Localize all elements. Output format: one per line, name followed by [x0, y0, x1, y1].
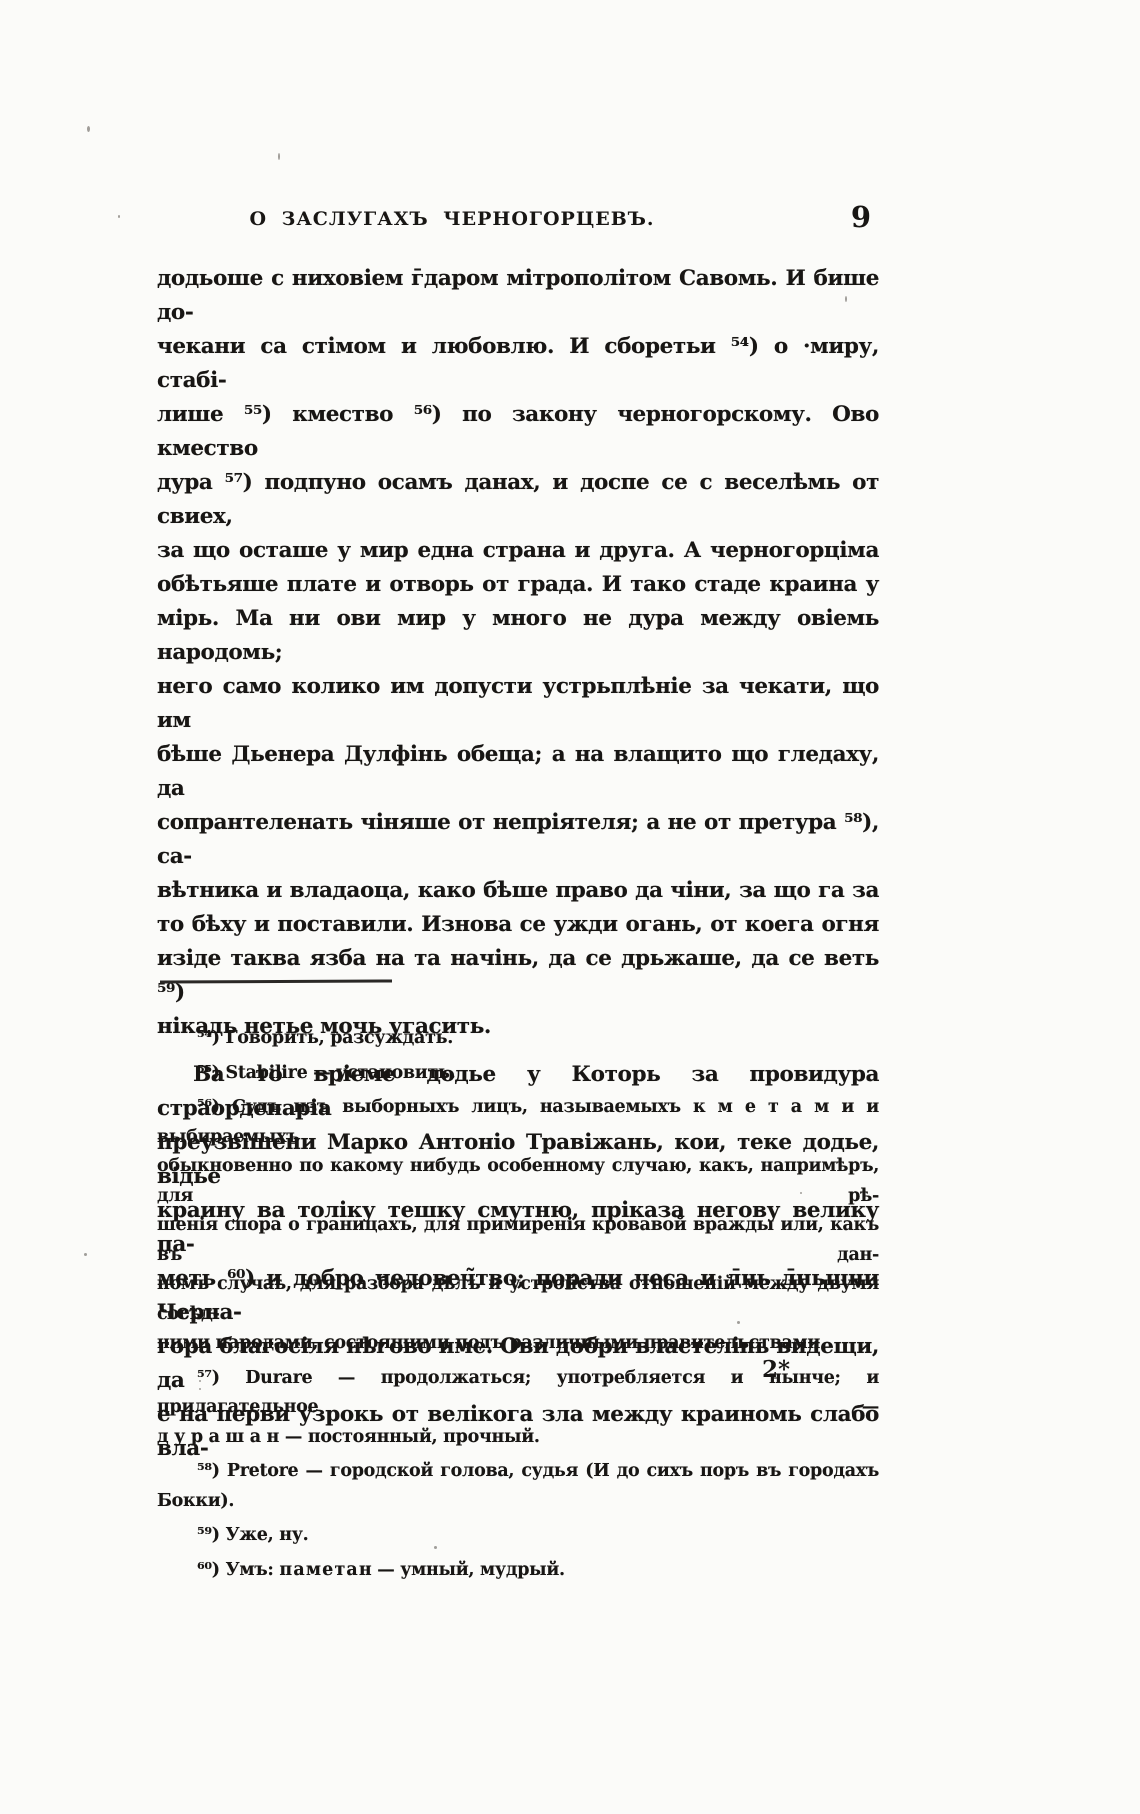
footnotes-list: ⁵⁴) Говорить, разсуждать.⁵⁵) Stabilire —…: [157, 1024, 879, 1585]
text-line: ними народами, состоящими подъ различным…: [157, 1329, 879, 1359]
text-line: додьоше с ниховіем г̄даром мітрополітом …: [157, 262, 879, 330]
text-line: ⁵⁴) Говорить, разсуждать.: [157, 1024, 879, 1054]
scan-speck: [87, 126, 90, 132]
footnote-item: ⁵⁶) Судъ изъ выборныхъ лицъ, называемыхъ…: [157, 1093, 879, 1359]
running-title: О ЗАСЛУГАХЪ ЧЕРНОГОРЦЕВЪ.: [249, 208, 654, 230]
text-line: вѣтника и владаоца, како бѣше право да ч…: [157, 874, 879, 908]
scan-speck: [278, 153, 280, 160]
text-line: то бѣху и поставили. Изнова се ужди оган…: [157, 908, 879, 942]
text-line: обѣтьяше плате и отворь от града. И тако…: [157, 568, 879, 602]
scan-speck: [845, 296, 847, 302]
text-line: за що осташе у мир една страна и друга. …: [157, 534, 879, 568]
footnote-item: ⁵⁴) Говорить, разсуждать.: [157, 1024, 879, 1054]
scan-speck: [84, 1253, 87, 1256]
scan-speck: [800, 1192, 802, 1194]
text-line: номъ случаѣ, для разбора дѣлъ и устройст…: [157, 1270, 879, 1329]
page-number: 9: [851, 200, 871, 234]
text-line: мірь. Ма ни ови мир у много не дура межд…: [157, 602, 879, 670]
running-head: О ЗАСЛУГАХЪ ЧЕРНОГОРЦЕВЪ. 9: [157, 205, 879, 235]
scan-speck: [199, 1380, 201, 1382]
scan-speck: [118, 215, 120, 218]
paragraph: додьоше с ниховіем г̄даром мітрополітом …: [157, 262, 879, 1044]
signature-mark: 2*: [762, 1356, 790, 1383]
text-line: д у р а ш а н — постоянный, прочный.: [157, 1423, 879, 1453]
scan-speck: [737, 1321, 740, 1324]
scan-speck: [434, 1546, 437, 1549]
text-line: шенія спора о границахъ, для примиренія …: [157, 1211, 879, 1270]
text-line: ⁵⁶) Судъ изъ выборныхъ лицъ, называемыхъ…: [157, 1093, 879, 1152]
text-line: чекани са стімом и любовлю. И сборетьи ⁵…: [157, 330, 879, 398]
text-line: лише ⁵⁵) кмество ⁵⁶) по закону черногорс…: [157, 398, 879, 466]
footnote-item: ⁵⁹) Уже, ну.: [157, 1521, 879, 1551]
text-line: ⁶⁰) Умъ: п а м е т а н — умный, мудрый.: [157, 1556, 879, 1586]
footnote-item: ⁵⁸) Pretore — городской голова, судья (И…: [157, 1457, 879, 1516]
text-line: бѣше Дьенера Дулфінь обеща; а на влащито…: [157, 738, 879, 806]
text-line: ⁵⁸) Pretore — городской голова, судья (И…: [157, 1457, 879, 1516]
text-line: ⁵⁹) Уже, ну.: [157, 1521, 879, 1551]
text-line: него само колико им допусти устрьплѣніе …: [157, 670, 879, 738]
footnote-item: ⁶⁰) Умъ: п а м е т а н — умный, мудрый.: [157, 1556, 879, 1586]
footnote-item: ⁵⁵) Stabilire — установить.: [157, 1059, 879, 1089]
text-line: ⁵⁵) Stabilire — установить.: [157, 1059, 879, 1089]
book-page: О ЗАСЛУГАХЪ ЧЕРНОГОРЦЕВЪ. 9 додьоше с ни…: [0, 0, 1140, 1814]
scan-speck: [199, 1388, 201, 1390]
text-line: обыкновенно по какому нибудь особенному …: [157, 1152, 879, 1211]
text-line: дура ⁵⁷) подпуно осамъ данах, и доспе се…: [157, 466, 879, 534]
text-line: изіде таква язба на та начінь, да се дрь…: [157, 942, 879, 1010]
text-line: сопрантеленать чіняше от непріятеля; а н…: [157, 806, 879, 874]
